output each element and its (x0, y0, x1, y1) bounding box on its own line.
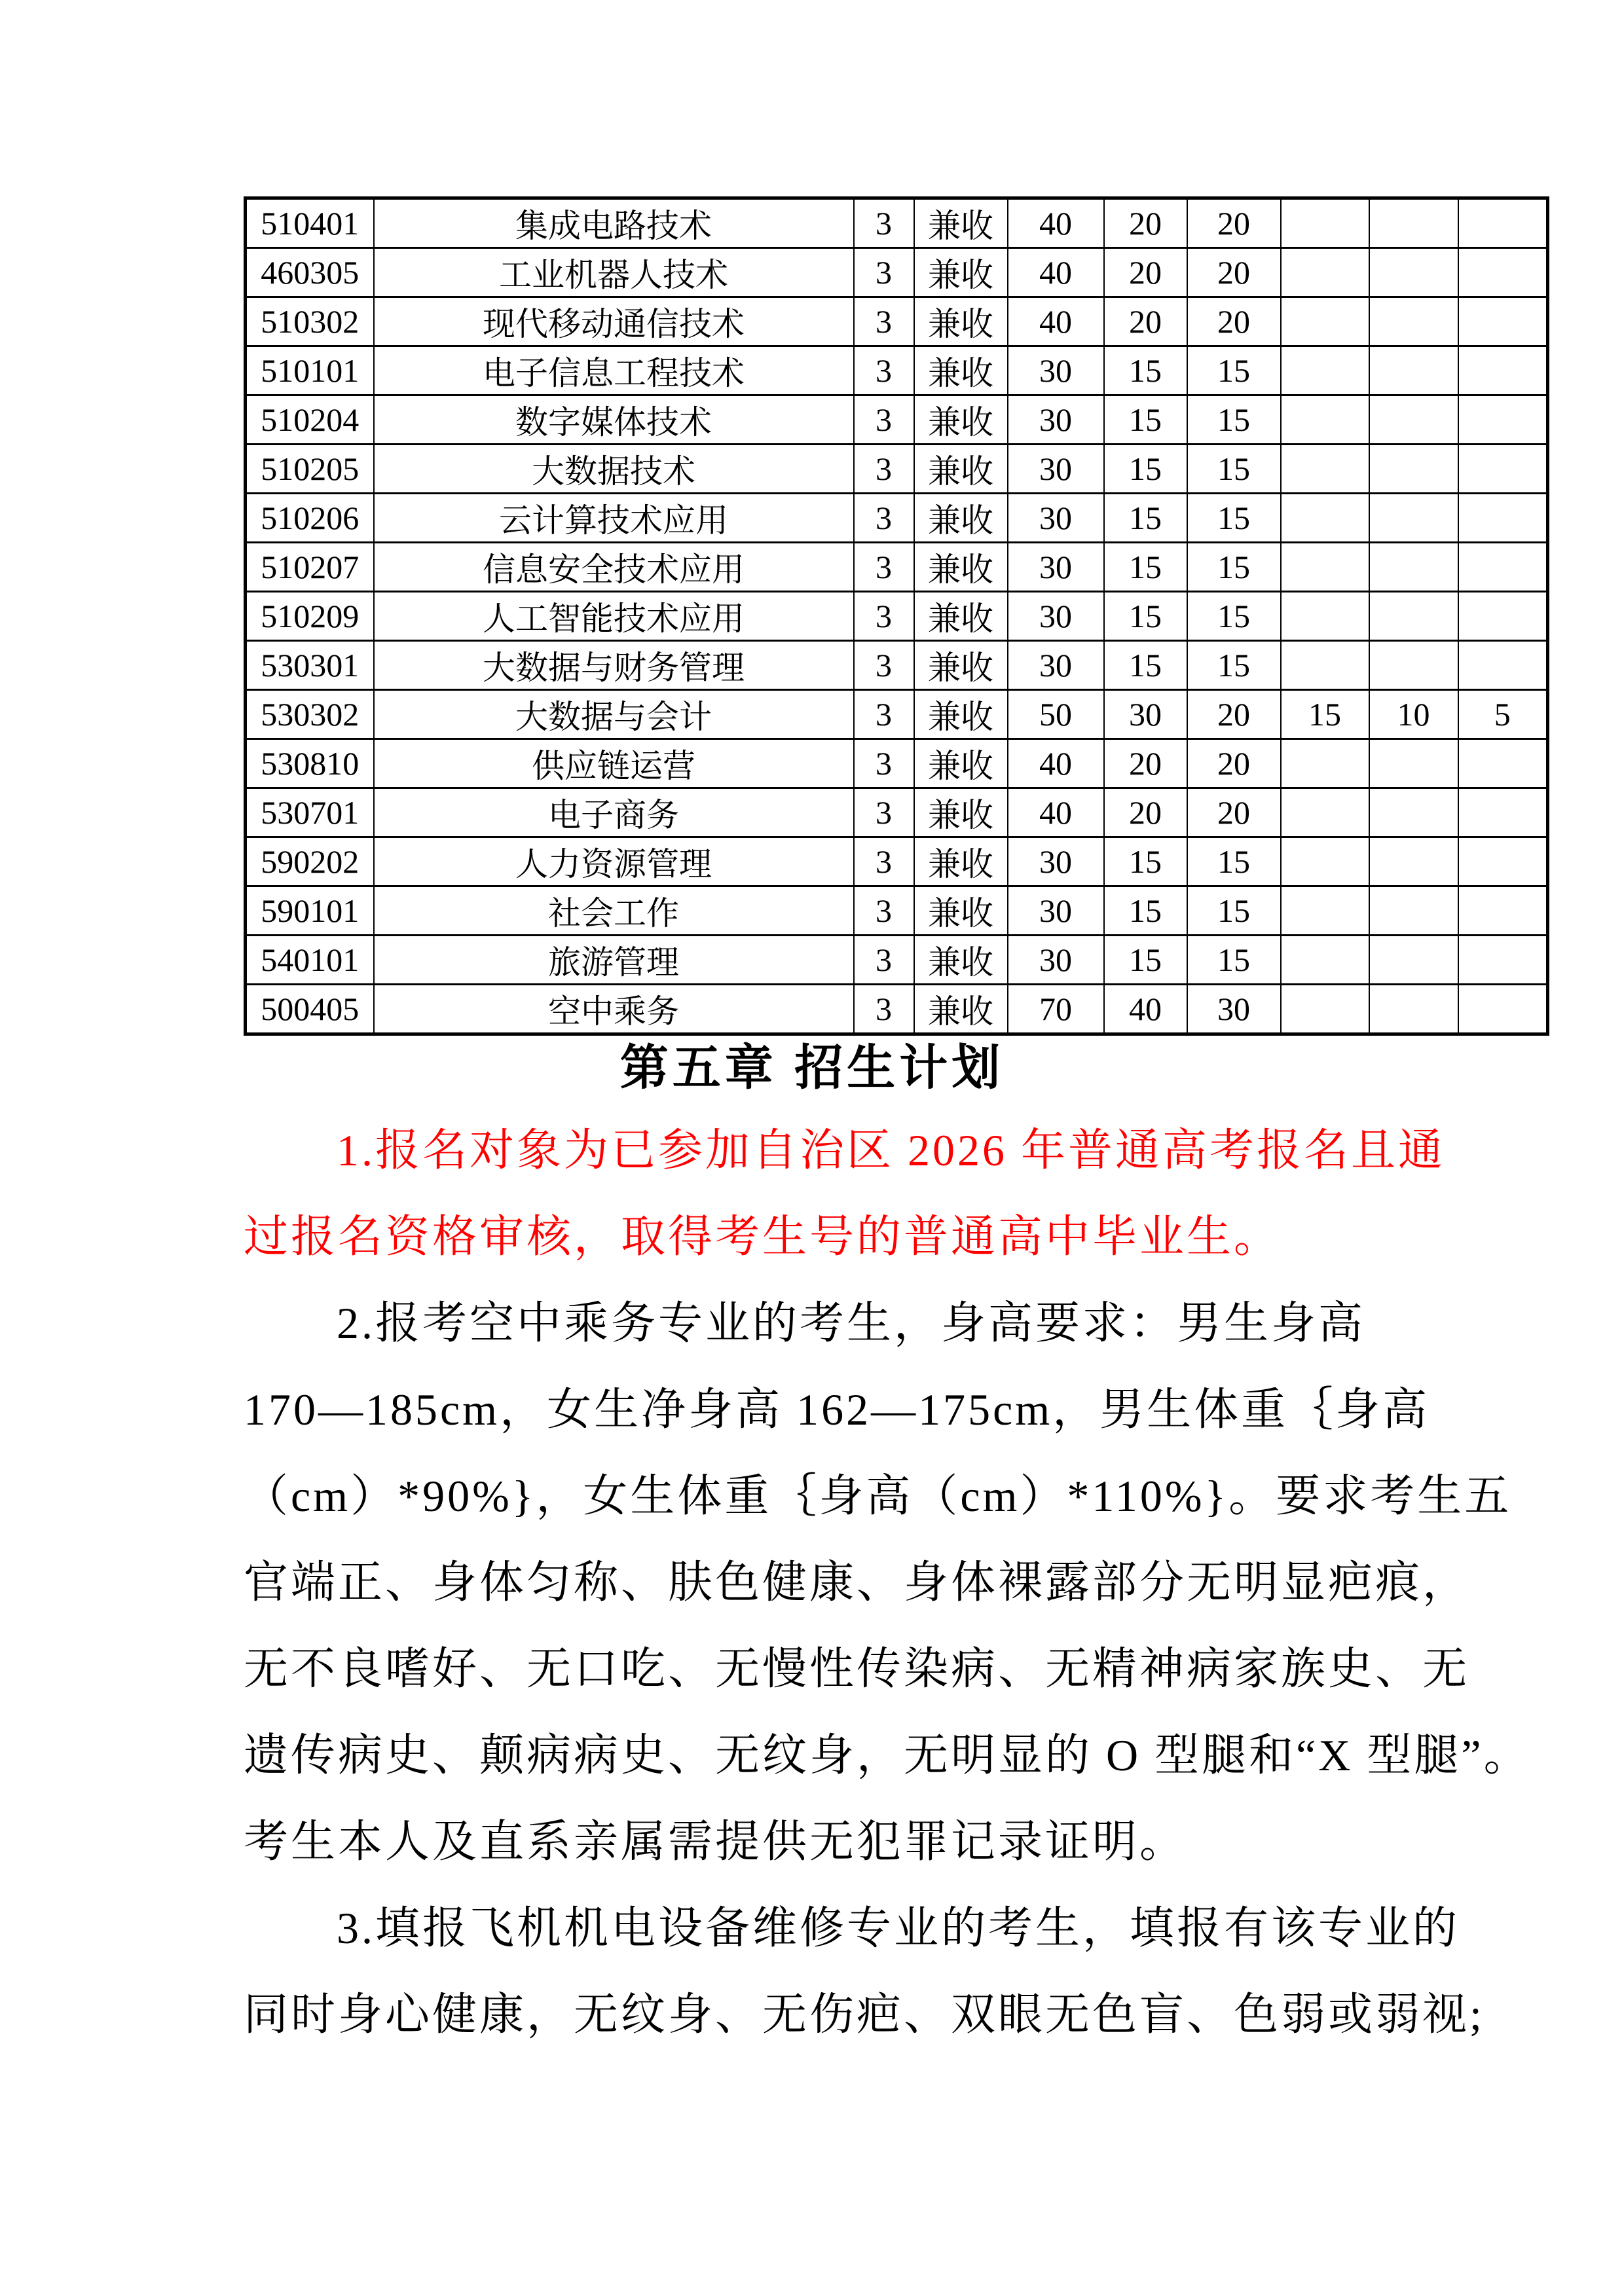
cell-plan-col10 (1458, 297, 1548, 346)
cell-major-name: 空中乘务 (374, 985, 854, 1034)
cell-plan-total: 30 (1008, 346, 1104, 395)
table-row: 510401集成电路技术3兼收402020 (246, 198, 1548, 248)
cell-plan-total: 50 (1008, 690, 1104, 739)
cell-major-code: 530302 (246, 690, 374, 739)
cell-plan-col8 (1281, 395, 1369, 445)
cell-major-code: 460305 (246, 248, 374, 297)
cell-plan-col9 (1369, 395, 1458, 445)
cell-plan-col7: 15 (1187, 494, 1281, 543)
cell-plan-col6: 20 (1104, 248, 1187, 297)
cell-admit-type: 兼收 (914, 739, 1008, 788)
cell-admit-type: 兼收 (914, 690, 1008, 739)
cell-major-code: 590202 (246, 837, 374, 886)
cell-plan-col7: 15 (1187, 395, 1281, 445)
cell-plan-col8 (1281, 494, 1369, 543)
cell-major-name: 旅游管理 (374, 936, 854, 985)
cell-plan-total: 30 (1008, 543, 1104, 592)
paragraph-line: 遗传病史、颠病病史、无纹身，无明显的 O 型腿和“X 型腿”。 (244, 1712, 1560, 1798)
cell-plan-col7: 15 (1187, 641, 1281, 690)
cell-study-years: 3 (854, 346, 914, 395)
cell-admit-type: 兼收 (914, 395, 1008, 445)
cell-plan-col9 (1369, 494, 1458, 543)
chapter-title: 第五章 招生计划 (0, 1029, 1624, 1099)
cell-plan-col10 (1458, 494, 1548, 543)
cell-major-code: 510401 (246, 198, 374, 248)
cell-plan-col9: 10 (1369, 690, 1458, 739)
cell-plan-total: 40 (1008, 739, 1104, 788)
paragraph-line: 官端正、身体匀称、肤色健康、身体裸露部分无明显疤痕， (244, 1539, 1560, 1626)
cell-admit-type: 兼收 (914, 837, 1008, 886)
table-row: 530302大数据与会计3兼收50302015105 (246, 690, 1548, 739)
table-row: 530701电子商务3兼收402020 (246, 788, 1548, 837)
cell-admit-type: 兼收 (914, 592, 1008, 641)
cell-plan-col6: 15 (1104, 346, 1187, 395)
para-aircraft-maintenance-requirements: 3.填报飞机机电设备维修专业的考生，填报有该专业的同时身心健康，无纹身、无伤疤、… (244, 1885, 1560, 2058)
cell-plan-col8 (1281, 592, 1369, 641)
cell-plan-col9 (1369, 248, 1458, 297)
cell-plan-col9 (1369, 297, 1458, 346)
cell-plan-total: 30 (1008, 837, 1104, 886)
cell-study-years: 3 (854, 886, 914, 936)
cell-study-years: 3 (854, 936, 914, 985)
cell-plan-col6: 15 (1104, 641, 1187, 690)
cell-major-name: 人工智能技术应用 (374, 592, 854, 641)
cell-plan-col6: 20 (1104, 739, 1187, 788)
para-cabin-crew-requirements: 2.报考空中乘务专业的考生，身高要求：男生身高170—185cm，女生净身高 1… (244, 1280, 1560, 1885)
paragraph-line: 170—185cm，女生净身高 162—175cm，男生体重｛身高 (244, 1366, 1560, 1453)
cell-admit-type: 兼收 (914, 886, 1008, 936)
cell-major-name: 大数据与财务管理 (374, 641, 854, 690)
paragraph-line: 过报名资格审核，取得考生号的普通高中毕业生。 (244, 1194, 1560, 1280)
cell-major-name: 信息安全技术应用 (374, 543, 854, 592)
cell-study-years: 3 (854, 248, 914, 297)
cell-plan-col6: 20 (1104, 297, 1187, 346)
cell-admit-type: 兼收 (914, 445, 1008, 494)
cell-major-name: 电子信息工程技术 (374, 346, 854, 395)
cell-major-name: 电子商务 (374, 788, 854, 837)
cell-plan-col10 (1458, 936, 1548, 985)
cell-plan-col9 (1369, 985, 1458, 1034)
cell-major-code: 510206 (246, 494, 374, 543)
document-page: 510401集成电路技术3兼收402020460305工业机器人技术3兼收402… (0, 0, 1624, 2296)
cell-study-years: 3 (854, 690, 914, 739)
cell-plan-col6: 15 (1104, 494, 1187, 543)
cell-study-years: 3 (854, 445, 914, 494)
cell-admit-type: 兼收 (914, 494, 1008, 543)
cell-plan-col7: 20 (1187, 198, 1281, 248)
cell-major-code: 510207 (246, 543, 374, 592)
cell-major-name: 大数据技术 (374, 445, 854, 494)
cell-plan-col10 (1458, 346, 1548, 395)
table-row: 590202人力资源管理3兼收301515 (246, 837, 1548, 886)
table-row: 510206云计算技术应用3兼收301515 (246, 494, 1548, 543)
cell-plan-col10: 5 (1458, 690, 1548, 739)
cell-plan-col7: 15 (1187, 346, 1281, 395)
cell-plan-col8 (1281, 886, 1369, 936)
cell-major-name: 云计算技术应用 (374, 494, 854, 543)
cell-plan-col8 (1281, 936, 1369, 985)
cell-plan-col10 (1458, 739, 1548, 788)
cell-plan-col8 (1281, 985, 1369, 1034)
cell-plan-col10 (1458, 543, 1548, 592)
cell-plan-total: 30 (1008, 395, 1104, 445)
cell-plan-col9 (1369, 445, 1458, 494)
cell-study-years: 3 (854, 837, 914, 886)
cell-study-years: 3 (854, 494, 914, 543)
cell-plan-col7: 20 (1187, 690, 1281, 739)
cell-plan-col9 (1369, 198, 1458, 248)
cell-plan-col8 (1281, 248, 1369, 297)
cell-plan-col10 (1458, 788, 1548, 837)
cell-plan-col6: 15 (1104, 837, 1187, 886)
cell-admit-type: 兼收 (914, 248, 1008, 297)
cell-plan-col7: 15 (1187, 445, 1281, 494)
cell-plan-col6: 15 (1104, 445, 1187, 494)
cell-plan-col8: 15 (1281, 690, 1369, 739)
cell-plan-total: 30 (1008, 886, 1104, 936)
cell-study-years: 3 (854, 297, 914, 346)
cell-major-code: 510209 (246, 592, 374, 641)
cell-plan-col6: 15 (1104, 886, 1187, 936)
cell-admit-type: 兼收 (914, 297, 1008, 346)
cell-major-name: 供应链运营 (374, 739, 854, 788)
cell-plan-total: 70 (1008, 985, 1104, 1034)
cell-plan-total: 30 (1008, 494, 1104, 543)
cell-study-years: 3 (854, 739, 914, 788)
cell-study-years: 3 (854, 788, 914, 837)
cell-admit-type: 兼收 (914, 346, 1008, 395)
cell-study-years: 3 (854, 985, 914, 1034)
cell-major-name: 社会工作 (374, 886, 854, 936)
table-row: 510209人工智能技术应用3兼收301515 (246, 592, 1548, 641)
cell-plan-col8 (1281, 788, 1369, 837)
cell-major-code: 530301 (246, 641, 374, 690)
cell-major-code: 540101 (246, 936, 374, 985)
cell-major-name: 集成电路技术 (374, 198, 854, 248)
table-row: 530810供应链运营3兼收402020 (246, 739, 1548, 788)
cell-admit-type: 兼收 (914, 641, 1008, 690)
cell-plan-col9 (1369, 641, 1458, 690)
cell-major-code: 510302 (246, 297, 374, 346)
cell-plan-col8 (1281, 739, 1369, 788)
body-text: 1.报名对象为已参加自治区 2026 年普通高考报名且通过报名资格审核，取得考生… (244, 1107, 1560, 2058)
cell-plan-col6: 15 (1104, 543, 1187, 592)
paragraph-line: （cm）*90%}，女生体重｛身高（cm）*110%}。要求考生五 (244, 1453, 1560, 1539)
table-row: 510101电子信息工程技术3兼收301515 (246, 346, 1548, 395)
cell-plan-col6: 20 (1104, 788, 1187, 837)
paragraph-line: 1.报名对象为已参加自治区 2026 年普通高考报名且通 (244, 1107, 1560, 1194)
table-row: 510207信息安全技术应用3兼收301515 (246, 543, 1548, 592)
table-row: 530301大数据与财务管理3兼收301515 (246, 641, 1548, 690)
cell-study-years: 3 (854, 641, 914, 690)
cell-plan-col7: 20 (1187, 297, 1281, 346)
cell-plan-total: 30 (1008, 445, 1104, 494)
paragraph-line: 考生本人及直系亲属需提供无犯罪记录证明。 (244, 1798, 1560, 1885)
cell-plan-col9 (1369, 739, 1458, 788)
cell-plan-col6: 40 (1104, 985, 1187, 1034)
cell-plan-col8 (1281, 543, 1369, 592)
cell-major-code: 510205 (246, 445, 374, 494)
cell-plan-col8 (1281, 837, 1369, 886)
cell-study-years: 3 (854, 395, 914, 445)
enrollment-plan-table: 510401集成电路技术3兼收402020460305工业机器人技术3兼收402… (244, 196, 1549, 1036)
cell-major-name: 数字媒体技术 (374, 395, 854, 445)
cell-plan-col9 (1369, 788, 1458, 837)
cell-plan-total: 40 (1008, 788, 1104, 837)
cell-admit-type: 兼收 (914, 543, 1008, 592)
cell-plan-col8 (1281, 346, 1369, 395)
cell-plan-col8 (1281, 198, 1369, 248)
paragraph-line: 同时身心健康，无纹身、无伤疤、双眼无色盲、色弱或弱视; (244, 1971, 1560, 2058)
cell-plan-col8 (1281, 445, 1369, 494)
cell-major-code: 590101 (246, 886, 374, 936)
table-row: 540101旅游管理3兼收301515 (246, 936, 1548, 985)
cell-plan-col9 (1369, 936, 1458, 985)
cell-study-years: 3 (854, 543, 914, 592)
cell-plan-col7: 20 (1187, 788, 1281, 837)
cell-plan-col10 (1458, 641, 1548, 690)
cell-plan-col10 (1458, 198, 1548, 248)
cell-plan-col6: 15 (1104, 936, 1187, 985)
table-row: 510205大数据技术3兼收301515 (246, 445, 1548, 494)
cell-plan-col10 (1458, 395, 1548, 445)
cell-plan-col6: 15 (1104, 592, 1187, 641)
cell-plan-col7: 15 (1187, 543, 1281, 592)
cell-plan-col6: 30 (1104, 690, 1187, 739)
para-eligibility: 1.报名对象为已参加自治区 2026 年普通高考报名且通过报名资格审核，取得考生… (244, 1107, 1560, 1280)
cell-admit-type: 兼收 (914, 985, 1008, 1034)
cell-plan-total: 30 (1008, 592, 1104, 641)
cell-major-code: 510204 (246, 395, 374, 445)
cell-plan-col8 (1281, 641, 1369, 690)
cell-plan-col9 (1369, 592, 1458, 641)
cell-plan-col9 (1369, 543, 1458, 592)
cell-plan-col7: 20 (1187, 739, 1281, 788)
cell-admit-type: 兼收 (914, 788, 1008, 837)
table-row: 500405空中乘务3兼收704030 (246, 985, 1548, 1034)
cell-major-code: 530701 (246, 788, 374, 837)
cell-plan-col7: 15 (1187, 886, 1281, 936)
cell-plan-col9 (1369, 837, 1458, 886)
cell-plan-col10 (1458, 445, 1548, 494)
cell-plan-col10 (1458, 837, 1548, 886)
cell-major-code: 500405 (246, 985, 374, 1034)
paragraph-line: 2.报考空中乘务专业的考生，身高要求：男生身高 (244, 1280, 1560, 1366)
cell-admit-type: 兼收 (914, 936, 1008, 985)
paragraph-line: 3.填报飞机机电设备维修专业的考生，填报有该专业的 (244, 1885, 1560, 1971)
cell-plan-col10 (1458, 985, 1548, 1034)
cell-admit-type: 兼收 (914, 198, 1008, 248)
cell-plan-col7: 20 (1187, 248, 1281, 297)
cell-plan-col10 (1458, 886, 1548, 936)
cell-plan-col7: 15 (1187, 936, 1281, 985)
table-row: 510204数字媒体技术3兼收301515 (246, 395, 1548, 445)
cell-plan-total: 40 (1008, 297, 1104, 346)
cell-major-code: 510101 (246, 346, 374, 395)
cell-plan-col6: 20 (1104, 198, 1187, 248)
cell-plan-col10 (1458, 248, 1548, 297)
cell-plan-col9 (1369, 346, 1458, 395)
cell-plan-col9 (1369, 886, 1458, 936)
cell-plan-col8 (1281, 297, 1369, 346)
cell-major-name: 现代移动通信技术 (374, 297, 854, 346)
cell-plan-total: 40 (1008, 198, 1104, 248)
cell-study-years: 3 (854, 592, 914, 641)
table-row: 510302现代移动通信技术3兼收402020 (246, 297, 1548, 346)
cell-plan-total: 30 (1008, 641, 1104, 690)
cell-plan-col10 (1458, 592, 1548, 641)
cell-major-name: 工业机器人技术 (374, 248, 854, 297)
cell-plan-col7: 30 (1187, 985, 1281, 1034)
cell-major-name: 人力资源管理 (374, 837, 854, 886)
cell-plan-col6: 15 (1104, 395, 1187, 445)
table-row: 590101社会工作3兼收301515 (246, 886, 1548, 936)
cell-plan-total: 30 (1008, 936, 1104, 985)
cell-major-code: 530810 (246, 739, 374, 788)
paragraph-line: 无不良嗜好、无口吃、无慢性传染病、无精神病家族史、无 (244, 1626, 1560, 1712)
cell-plan-total: 40 (1008, 248, 1104, 297)
cell-major-name: 大数据与会计 (374, 690, 854, 739)
cell-plan-col7: 15 (1187, 592, 1281, 641)
cell-study-years: 3 (854, 198, 914, 248)
table-row: 460305工业机器人技术3兼收402020 (246, 248, 1548, 297)
cell-plan-col7: 15 (1187, 837, 1281, 886)
